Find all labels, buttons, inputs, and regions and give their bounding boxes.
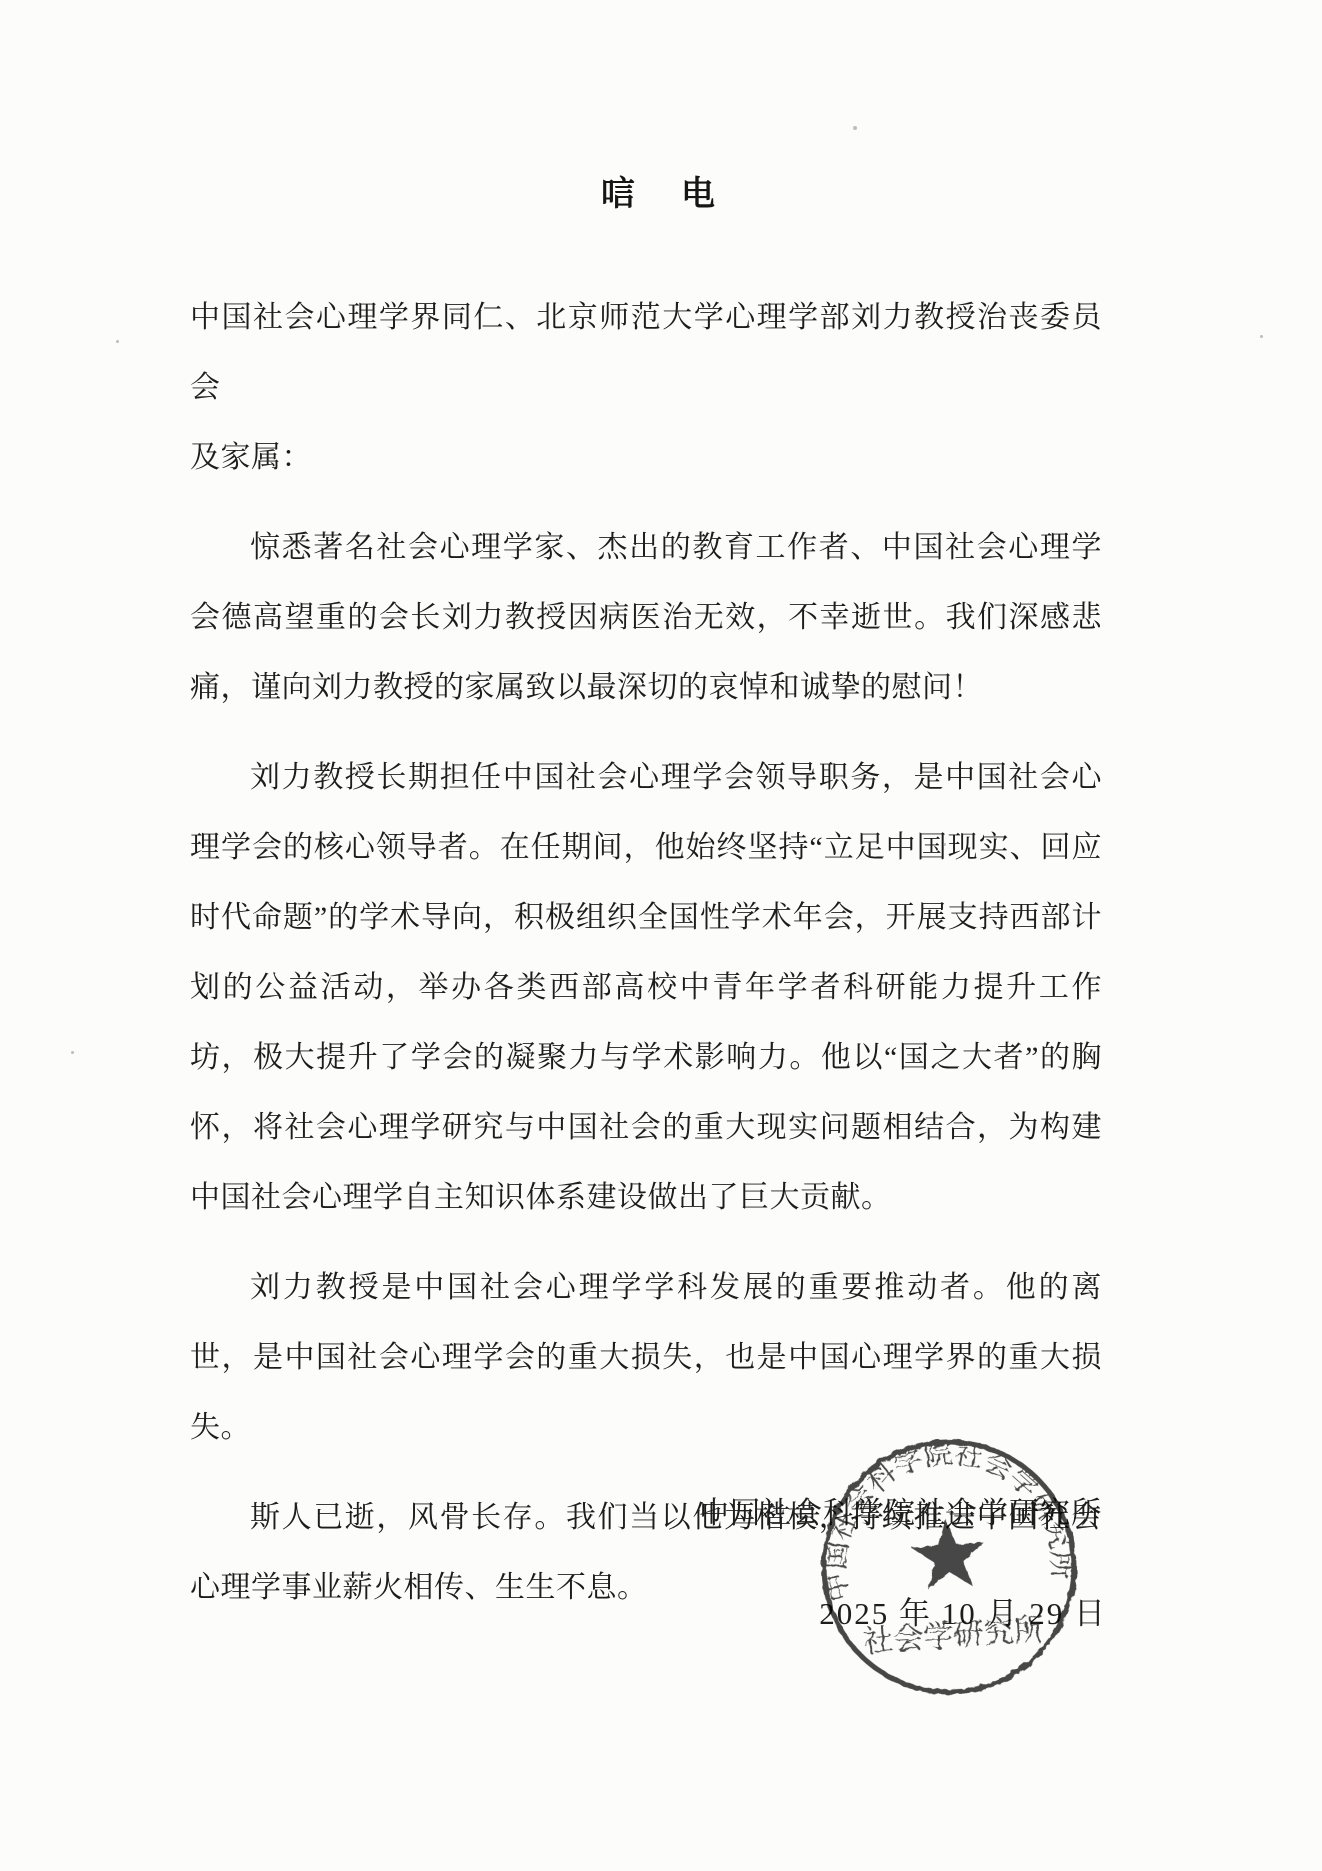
seal-bottom-text: 社会学研究所 xyxy=(862,1612,1045,1660)
official-seal-stamp-icon: 中国社会科学院社会学研究所 社会学研究所 xyxy=(809,1427,1089,1707)
letter-title: 唁 电 xyxy=(0,166,1322,215)
seal-arc-text: 中国社会科学院社会学研究所 xyxy=(812,1430,1079,1603)
svg-text:中国社会科学院社会学研究所: 中国社会科学院社会学研究所 xyxy=(812,1430,1079,1603)
paragraph-1: 惊悉著名社会心理学家、杰出的教育工作者、中国社会心理学会德高望重的会长刘力教授因… xyxy=(190,513,1102,723)
scan-speck xyxy=(116,340,119,343)
scan-speck xyxy=(943,843,946,846)
scanned-letter-page: 唁 电 中国社会心理学界同仁、北京师范大学心理学部刘力教授治丧委员会 及家属： … xyxy=(0,0,1322,1871)
seal-star-icon xyxy=(909,1516,986,1590)
salutation-line-1: 中国社会心理学界同仁、北京师范大学心理学部刘力教授治丧委员会 xyxy=(190,283,1102,423)
salutation-line-2: 及家属： xyxy=(190,423,1102,493)
letter-body: 中国社会心理学界同仁、北京师范大学心理学部刘力教授治丧委员会 及家属： 惊悉著名… xyxy=(190,283,1102,1623)
scan-speck xyxy=(1260,335,1263,338)
paragraph-3: 刘力教授是中国社会心理学学科发展的重要推动者。他的离世，是中国社会心理学会的重大… xyxy=(190,1253,1102,1463)
paragraph-2: 刘力教授长期担任中国社会心理学会领导职务，是中国社会心理学会的核心领导者。在任期… xyxy=(190,743,1102,1233)
scan-speck xyxy=(71,1051,74,1054)
scan-speck xyxy=(853,126,857,130)
